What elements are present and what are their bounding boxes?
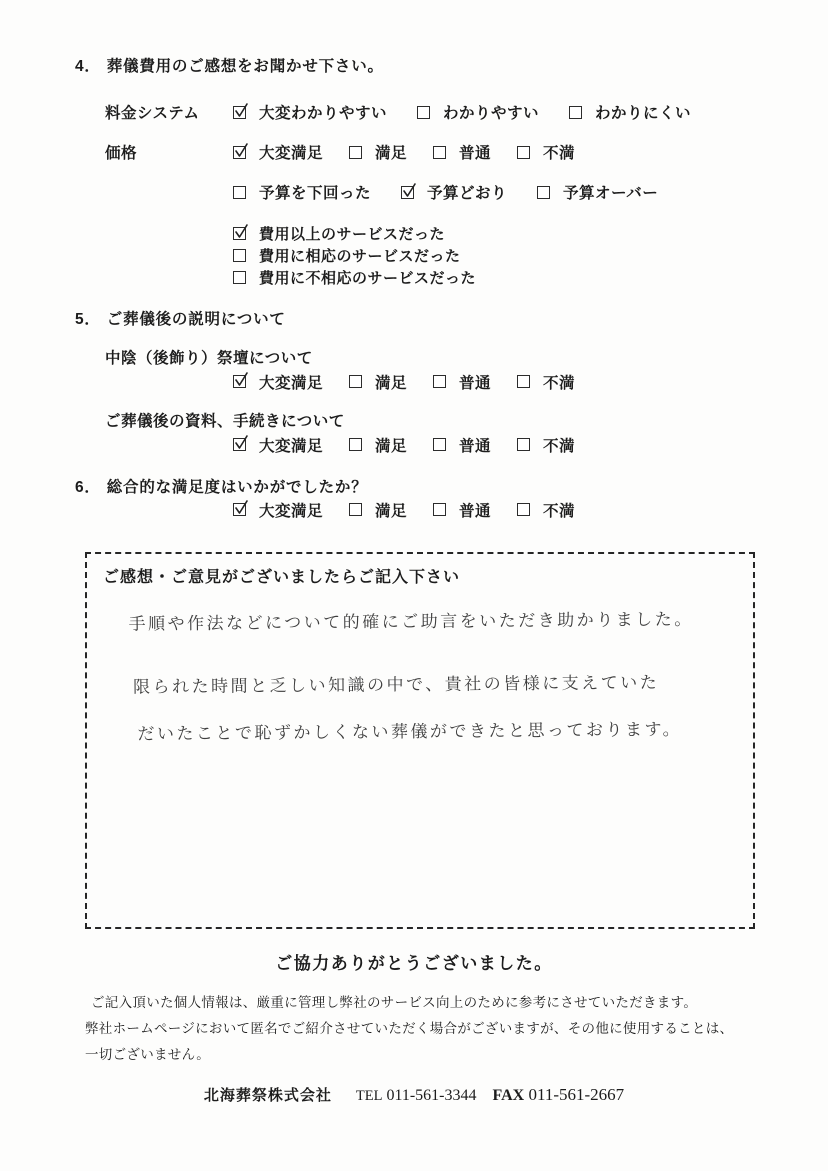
option-label: 費用に不相応のサービスだった bbox=[259, 267, 476, 288]
checkbox-price-very-satisfied[interactable] bbox=[233, 146, 246, 159]
option: 普通 bbox=[433, 499, 491, 521]
option-label: 普通 bbox=[459, 434, 491, 456]
checkbox-docs-very-satisfied[interactable] bbox=[233, 438, 246, 451]
question-6: 6．総合的な満足度はいかがでしたか？ 大変満足 満足 普通 不満 bbox=[75, 475, 792, 520]
checkbox-docs-neutral[interactable] bbox=[433, 438, 446, 451]
option-label: 普通 bbox=[459, 371, 491, 393]
checkbox-over-budget[interactable] bbox=[537, 186, 550, 199]
privacy-line: 一切ございません。 bbox=[85, 1042, 768, 1068]
checkbox-service-equal-cost[interactable] bbox=[233, 249, 246, 262]
option-label: 不満 bbox=[543, 499, 575, 521]
option: 不満 bbox=[517, 371, 575, 393]
checkbox-docs-satisfied[interactable] bbox=[349, 438, 362, 451]
question-4: 4．葬儀費用のご感想をお聞かせ下さい。 料金システム 大変わかりやすい わかりや… bbox=[75, 54, 792, 288]
option: 満足 bbox=[349, 434, 407, 456]
privacy-line: ご記入頂いた個人情報は、厳重に管理し弊社のサービス向上のために参考にさせていただ… bbox=[85, 990, 768, 1016]
checkbox-service-above-cost[interactable] bbox=[233, 227, 246, 240]
option: 普通 bbox=[433, 371, 491, 393]
option: 費用以上のサービスだった bbox=[233, 222, 792, 244]
question-6-title: 6．総合的な満足度はいかがでしたか？ bbox=[75, 475, 792, 497]
option-label: 費用以上のサービスだった bbox=[259, 223, 445, 244]
option: 費用に不相応のサービスだった bbox=[233, 266, 792, 288]
checkbox-overall-neutral[interactable] bbox=[433, 503, 446, 516]
handwriting-line: 手順や作法などについて的確にご助言をいただき助かりました。 bbox=[128, 604, 736, 634]
question-number: 4． bbox=[75, 58, 101, 75]
handwriting-line: だいたことで恥ずかしくない葬儀ができたと思っております。 bbox=[137, 714, 737, 744]
option-label: 不満 bbox=[543, 141, 575, 163]
fax-number: 011-561-2667 bbox=[528, 1085, 624, 1104]
option-label: 大変満足 bbox=[259, 434, 323, 456]
price-row: 価格 大変満足 満足 普通 不満 bbox=[105, 142, 792, 162]
option: 不満 bbox=[517, 434, 575, 456]
option: 不満 bbox=[517, 141, 575, 163]
service-value-group: 費用以上のサービスだった 費用に相応のサービスだった 費用に不相応のサービスだっ… bbox=[233, 222, 792, 288]
option: わかりやすい bbox=[417, 101, 539, 123]
option-label: 満足 bbox=[375, 499, 407, 521]
option: わかりにくい bbox=[569, 101, 691, 123]
question-4-title: 4．葬儀費用のご感想をお聞かせ下さい。 bbox=[75, 54, 792, 76]
checkbox-overall-satisfied[interactable] bbox=[349, 503, 362, 516]
checkbox-under-budget[interactable] bbox=[233, 186, 246, 199]
option-label: 予算を下回った bbox=[259, 181, 371, 203]
documents-options-row: 大変満足 満足 普通 不満 bbox=[233, 434, 792, 455]
option: 普通 bbox=[433, 434, 491, 456]
question-number: 5． bbox=[75, 311, 101, 328]
check-icon bbox=[233, 103, 249, 120]
comment-box[interactable]: ご感想・ご意見がございましたらご記入下さい 手順や作法などについて的確にご助言を… bbox=[85, 552, 755, 929]
check-icon bbox=[233, 224, 249, 241]
option-label: 大変わかりやすい bbox=[259, 101, 387, 123]
checkbox-fee-unclear[interactable] bbox=[569, 106, 582, 119]
checkbox-altar-very-satisfied[interactable] bbox=[233, 375, 246, 388]
survey-page: 4．葬儀費用のご感想をお聞かせ下さい。 料金システム 大変わかりやすい わかりや… bbox=[0, 0, 828, 929]
checkbox-altar-neutral[interactable] bbox=[433, 375, 446, 388]
fax-label: FAX bbox=[493, 1087, 525, 1104]
tel-number: 011-561-3344 bbox=[386, 1087, 476, 1104]
option: 大変わかりやすい bbox=[233, 101, 387, 123]
altar-options-row: 大変満足 満足 普通 不満 bbox=[233, 371, 792, 392]
option-label: 大変満足 bbox=[259, 371, 323, 393]
handwritten-comment: 手順や作法などについて的確にご助言をいただき助かりました。 限られた時間と乏しい… bbox=[128, 604, 737, 744]
option: 大変満足 bbox=[233, 434, 323, 456]
option: 満足 bbox=[349, 141, 407, 163]
checkbox-price-neutral[interactable] bbox=[433, 146, 446, 159]
option: 費用に相応のサービスだった bbox=[233, 244, 792, 266]
overall-options-row: 大変満足 満足 普通 不満 bbox=[233, 499, 792, 520]
budget-row: 予算を下回った 予算どおり 予算オーバー bbox=[233, 182, 792, 202]
handwriting-line: 限られた時間と乏しい知識の中で、貴社の皆様に支えていた bbox=[133, 667, 737, 697]
question-title-text: ご葬儀後の説明について bbox=[107, 311, 286, 328]
check-icon bbox=[233, 372, 249, 389]
option: 満足 bbox=[349, 371, 407, 393]
option: 予算オーバー bbox=[537, 181, 658, 203]
checkbox-price-dissatisfied[interactable] bbox=[517, 146, 530, 159]
option-label: 大変満足 bbox=[259, 141, 323, 163]
option-label: 満足 bbox=[375, 371, 407, 393]
checkbox-fee-clear[interactable] bbox=[417, 106, 430, 119]
check-icon bbox=[233, 500, 249, 517]
checkbox-altar-satisfied[interactable] bbox=[349, 375, 362, 388]
tel-label: TEL bbox=[356, 1088, 383, 1104]
option: 予算を下回った bbox=[233, 181, 371, 203]
option-label: 満足 bbox=[375, 141, 407, 163]
tel-contact: TEL 011-561-3344 bbox=[356, 1087, 477, 1105]
closing-message: ご協力ありがとうございました。 bbox=[0, 949, 828, 974]
question-5: 5．ご葬儀後の説明について 中陰（後飾り）祭壇について 大変満足 満足 普通 bbox=[75, 307, 792, 455]
option: 満足 bbox=[349, 499, 407, 521]
checkbox-overall-very-satisfied[interactable] bbox=[233, 503, 246, 516]
fee-system-label: 料金システム bbox=[105, 101, 233, 123]
checkbox-overall-dissatisfied[interactable] bbox=[517, 503, 530, 516]
checkbox-on-budget[interactable] bbox=[401, 186, 414, 199]
option: 不満 bbox=[517, 499, 575, 521]
option-label: 予算オーバー bbox=[563, 181, 658, 203]
option-label: わかりやすい bbox=[443, 101, 539, 123]
option-label: 不満 bbox=[543, 434, 575, 456]
question-5-title: 5．ご葬儀後の説明について bbox=[75, 307, 792, 329]
checkbox-fee-very-clear[interactable] bbox=[233, 106, 246, 119]
option-label: 普通 bbox=[459, 499, 491, 521]
checkbox-altar-dissatisfied[interactable] bbox=[517, 375, 530, 388]
option-label: 予算どおり bbox=[427, 181, 507, 203]
option: 大変満足 bbox=[233, 499, 323, 521]
option-label: 満足 bbox=[375, 434, 407, 456]
option-label: 不満 bbox=[543, 371, 575, 393]
option-label: 大変満足 bbox=[259, 499, 323, 521]
option-label: わかりにくい bbox=[595, 101, 691, 123]
question-title-text: 葬儀費用のご感想をお聞かせ下さい。 bbox=[107, 58, 384, 75]
option-label: 普通 bbox=[459, 141, 491, 163]
fax-contact: FAX 011-561-2667 bbox=[493, 1085, 625, 1105]
check-icon bbox=[233, 435, 249, 452]
checkbox-docs-dissatisfied[interactable] bbox=[517, 438, 530, 451]
privacy-line: 弊社ホームページにおいて匿名でご紹介させていただく場合がございますが、その他に使… bbox=[85, 1016, 768, 1042]
company-name: 北海葬祭株式会社 bbox=[204, 1084, 332, 1105]
option: 予算どおり bbox=[401, 181, 507, 203]
option-label: 費用に相応のサービスだった bbox=[259, 245, 461, 266]
company-footer: 北海葬祭株式会社 TEL 011-561-3344 FAX 011-561-26… bbox=[0, 1084, 828, 1105]
fee-system-row: 料金システム 大変わかりやすい わかりやすい わかりにくい bbox=[105, 102, 792, 122]
checkbox-service-below-cost[interactable] bbox=[233, 271, 246, 284]
option: 大変満足 bbox=[233, 141, 323, 163]
checkbox-price-satisfied[interactable] bbox=[349, 146, 362, 159]
option: 大変満足 bbox=[233, 371, 323, 393]
question-title-text: 総合的な満足度はいかがでしたか？ bbox=[107, 479, 368, 496]
privacy-notice: ご記入頂いた個人情報は、厳重に管理し弊社のサービス向上のために参考にさせていただ… bbox=[0, 990, 828, 1068]
comment-box-label: ご感想・ご意見がございましたらご記入下さい bbox=[103, 564, 737, 587]
price-label: 価格 bbox=[105, 141, 233, 163]
check-icon bbox=[233, 143, 249, 160]
altar-sub-label: 中陰（後飾り）祭壇について bbox=[105, 346, 792, 368]
documents-sub-label: ご葬儀後の資料、手続きについて bbox=[105, 409, 792, 431]
check-icon bbox=[401, 183, 417, 200]
question-number: 6． bbox=[75, 479, 101, 496]
option: 普通 bbox=[433, 141, 491, 163]
